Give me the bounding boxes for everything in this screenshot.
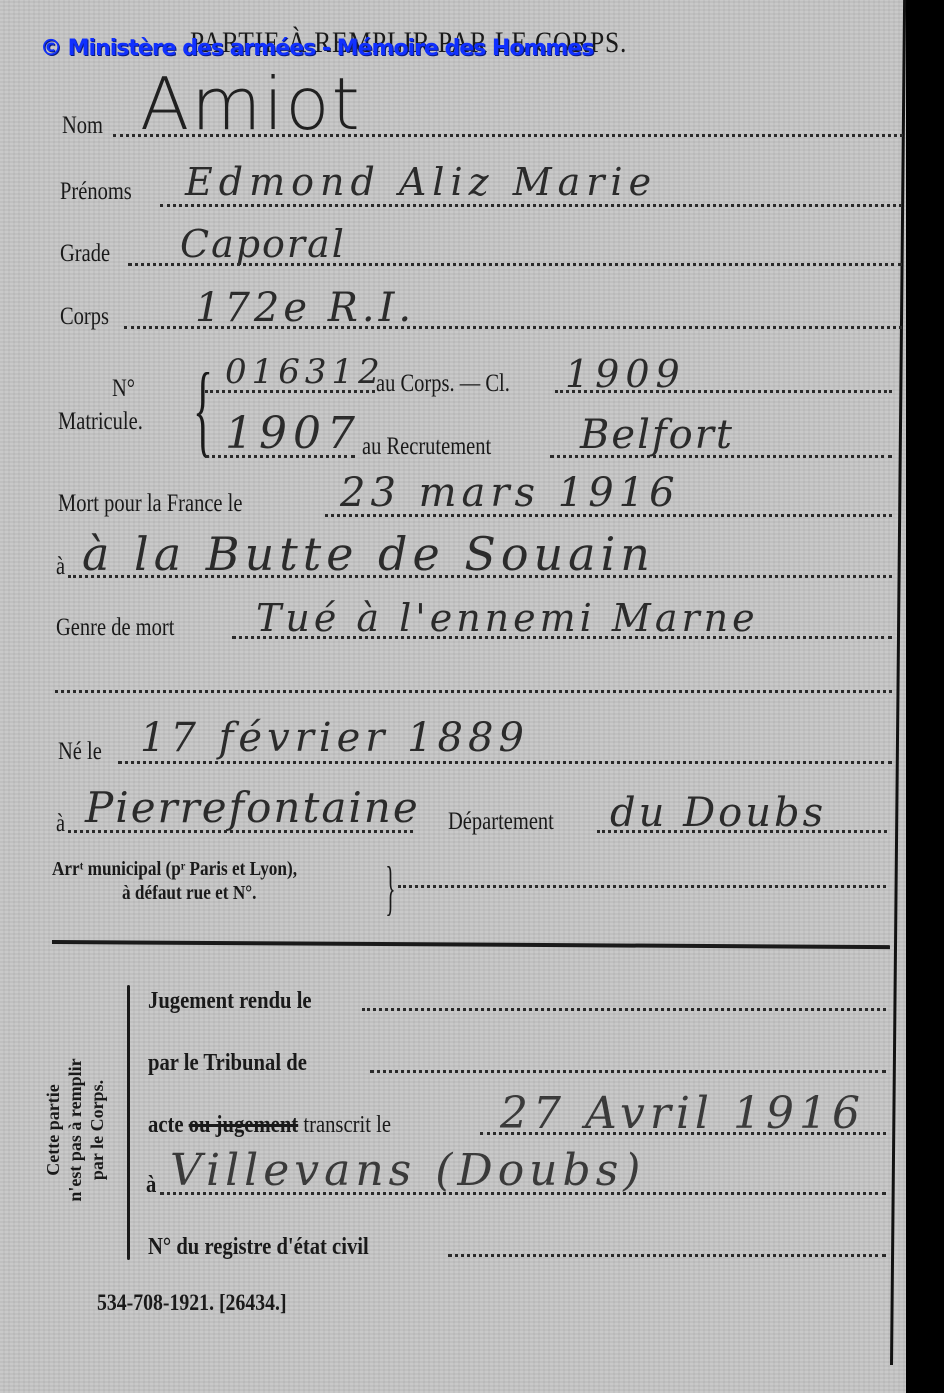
death-record-card: PARTIE À REMPLIR PAR LE CORPS. © Ministè… [0,0,906,1393]
tribunal-line [370,1070,886,1073]
civil-section-brace [127,985,130,1260]
acte-label: acte ou jugement transcrit le [148,1112,391,1139]
classe-value: 1909 [565,352,686,396]
acte-label-acte: acte [148,1112,184,1138]
grade-value: Caporal [180,222,346,266]
matricule-no-label: N° [112,375,135,403]
naissance-lieu-label: à [56,810,65,838]
side-note: Cette partie n'est pas à remplir par le … [42,1020,108,1240]
prenoms-label: Prénoms [60,178,132,206]
acte-label-struck: ou jugement [189,1112,299,1138]
naissance-value: 17 février 1889 [140,715,529,761]
mort-lieu-value: à la Butte de Souain [82,527,655,581]
matricule-brace: { [193,358,213,462]
genre-mort-label: Genre de mort [56,614,174,642]
extra-blank-line [55,690,892,693]
registre-label: N° du registre d'état civil [148,1234,369,1261]
corps-value: 172e R.I. [195,285,415,331]
au-recrutement-label: au Recrutement [362,433,491,461]
print-reference: 534-708-1921. [26434.] [97,1290,287,1316]
naissance-label: Né le [58,738,102,766]
arrondissement-brace: } [385,858,395,918]
recrutement-value: Belfort [580,412,734,458]
lieu-label: à [146,1172,156,1199]
au-corps-label: au Corps. — Cl. [376,370,510,398]
naissance-lieu-value: Pierrefontaine [85,783,420,832]
arrondissement-label-1: Arrᵗ municipal (pʳ Paris et Lyon), [52,858,297,881]
side-note-line-2: n'est pas à remplir [64,1020,86,1240]
prenoms-value: Edmond Aliz Marie [185,160,657,204]
grade-label: Grade [60,240,110,268]
registre-line [448,1254,886,1257]
lieu-value: Villevans (Doubs) [170,1145,645,1196]
recrutement-number-value: 1907 [225,408,361,459]
jugement-line [362,1008,886,1011]
mort-lieu-label: à [56,553,65,581]
genre-mort-value: Tué à l'ennemi Marne [256,596,759,640]
copyright-watermark: © Ministère des armées - Mémoire des Hom… [40,36,593,61]
tribunal-label: par le Tribunal de [148,1050,307,1077]
prenoms-line [160,204,902,207]
section-divider [52,940,890,949]
arrondissement-label-2: à défaut rue et N°. [122,882,256,905]
arrondissement-line [398,885,886,888]
side-note-line-1: Cette partie [42,1020,64,1240]
matricule-label: Matricule. [58,408,143,436]
jugement-label: Jugement rendu le [148,988,312,1015]
nom-label: Nom [62,112,103,140]
acte-value: 27 Avril 1916 [500,1088,865,1139]
departement-label: Département [448,808,554,836]
mort-value: 23 mars 1916 [340,470,680,516]
mort-label: Mort pour la France le [58,490,242,518]
nom-value: Amiot [140,62,362,146]
corps-number-value: 016312 [225,352,385,392]
naissance-line [118,761,892,764]
acte-label-rest: transcrit le [303,1112,391,1138]
corps-label: Corps [60,303,109,331]
departement-value: du Doubs [610,790,826,836]
side-note-line-3: par le Corps. [86,1020,108,1240]
